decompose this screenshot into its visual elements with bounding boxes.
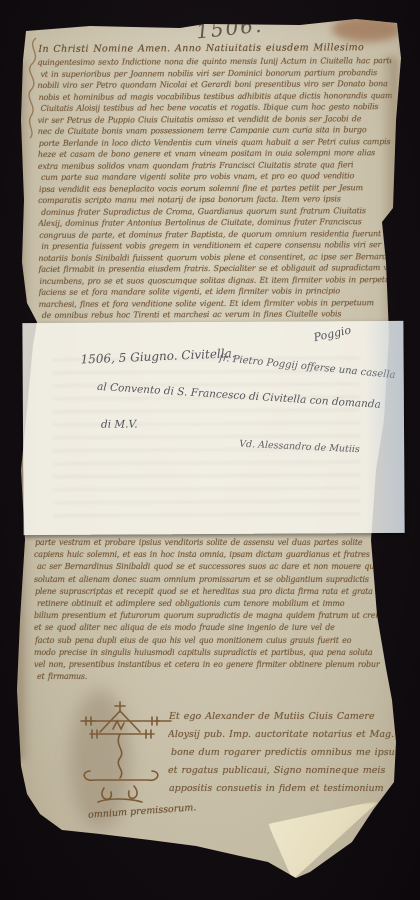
manuscript-line: et se quod aliter nec aliqua de eis modo…	[34, 622, 390, 634]
manuscript-line: vel non, presentibus instantibus et cete…	[34, 659, 390, 671]
slip-corner-label: Poggio	[313, 323, 353, 344]
manuscript-line: parte vestram et probare ipsius venditor…	[35, 537, 390, 549]
manuscript-line: solutam et alienam donec suam omnium pro…	[34, 574, 390, 586]
manuscript-line: Aloysij pub. Imp. auctoritate notarius e…	[168, 726, 396, 744]
manuscript-line: appositis consuetis in fidem et testimon…	[169, 780, 396, 798]
manuscript-line: retinere obtinuit et adimplere sed oblig…	[37, 598, 390, 610]
manuscript-line: bilium presentium et futurorum quorum su…	[34, 610, 390, 622]
manuscript-line: ac ser Bernardinus Sinibaldi quod se et …	[37, 561, 390, 573]
fold-crease	[0, 0, 360, 3]
archivist-slip: Poggio 1506, 5 Giugno. Civitella. fr. Pi…	[22, 321, 404, 535]
manuscript-body-lower: parte vestram et probare ipsius venditor…	[34, 537, 390, 697]
folded-corner	[268, 800, 380, 880]
manuscript-line: bone dum rogarer predictis omnibus me ip…	[171, 744, 396, 762]
manuscript-line: facto sub pena dupli eius de quo his vel…	[35, 635, 390, 647]
manuscript-line: capiens huic solemni, et eas in hoc inst…	[34, 549, 390, 561]
manuscript-line: et rogatus publicaui, Signo nomineque me…	[168, 762, 396, 780]
manuscript-line: et firmamus.	[37, 671, 390, 683]
slip-summary-line-3: di M.V.	[101, 418, 138, 430]
manuscript-line: modo precise in singulis huiusmodi capit…	[34, 647, 390, 659]
stain-top-right	[332, 16, 402, 42]
notarial-subscription: Et ego Alexander de Mutiis Ciuis CamereA…	[168, 708, 396, 798]
manuscript-body-top: In Christi Nomine Amen. Anno Natiuitatis…	[37, 41, 392, 324]
manuscript-line: Et ego Alexander de Mutiis Ciuis Camere	[169, 708, 396, 726]
added-year-inscription: 1506.	[195, 13, 264, 44]
manuscript-line: plene suprascriptas et recepit quod se e…	[35, 586, 390, 598]
archival-photo: 1506. In Christi Nomine Amen. Anno Natiu…	[0, 0, 420, 900]
manuscript-line: de omnibus rebus hoc Tirenti et marchesi…	[42, 308, 393, 321]
